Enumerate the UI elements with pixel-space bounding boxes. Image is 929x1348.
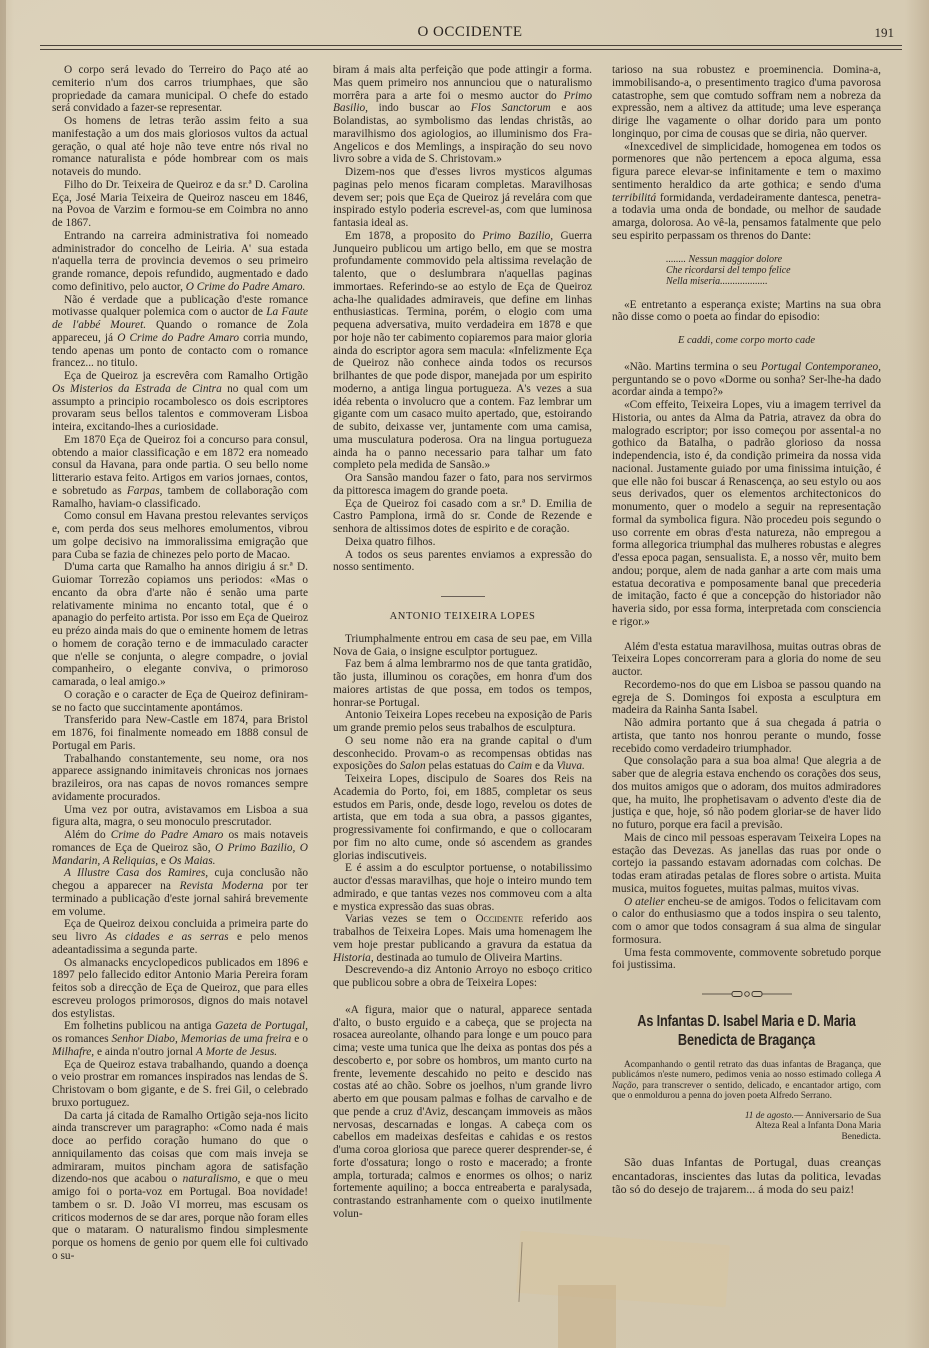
paragraph: Dizem-nos que d'esses livros mysticos al…	[333, 166, 592, 230]
paragraph: A Illustre Casa dos Ramires, cuja conclu…	[52, 867, 308, 918]
paragraph: Eça de Queiroz foi casado com a sr.ª D. …	[333, 498, 592, 536]
book-title: O Crime do Padre Amaro.	[186, 281, 306, 293]
intro-paragraph: Acompanhando o gentil retrato das duas i…	[612, 1060, 881, 1101]
book-title: O Crime do Padre Amaro	[117, 332, 239, 344]
book-title: Os Misterios da Estrada de Cintra	[52, 383, 222, 395]
paragraph: Ora Sansão mandou fazer o fato, para nos…	[333, 472, 592, 498]
paragraph: Além d'esta estatua maravilhosa, muitas …	[612, 641, 881, 679]
paragraph: O atelier encheu-se de amigos. Todos o f…	[612, 896, 881, 947]
paragraph: Não é verdade que a publicação d'este ro…	[52, 294, 308, 371]
verse-quote-single: E caddi, come corpo morto cade	[612, 335, 881, 348]
paragraph: Além do Crime do Padre Amaro os mais not…	[52, 829, 308, 867]
paragraph: Não admira portanto que á sua chegada á …	[612, 717, 881, 755]
paragraph: «Não. Martins termina o seu Portugal Con…	[612, 361, 881, 399]
header-rule-thin	[40, 45, 902, 46]
paragraph: «E entretanto a esperança existe; Martin…	[612, 299, 881, 325]
paragraph: Deixa quatro filhos.	[333, 536, 592, 549]
quoted-paragraph: «A figura, maior que o natural, apparece…	[333, 1004, 592, 1221]
paragraph: Mais de cinco mil pessoas esperavam Teix…	[612, 832, 881, 896]
paragraph: Os almanacks encyclopedicos publicados e…	[52, 957, 308, 1021]
section-divider	[441, 596, 485, 597]
newspaper-title: O OCCIDENTE	[40, 24, 900, 41]
paragraph: Em folhetins publicou na antiga Gazeta d…	[52, 1020, 308, 1058]
book-title: Farpas,	[127, 485, 163, 497]
paragraph: «Com effeito, Teixeira Lopes, viu a imag…	[612, 399, 881, 629]
paper-stain	[558, 1285, 616, 1348]
page-number: 191	[875, 25, 895, 41]
paragraph: Em 1878, a proposito do Primo Bazilio, G…	[333, 230, 592, 472]
paragraph: Como consul em Havana prestou relevantes…	[52, 510, 308, 561]
paragraph: Uma vez por outra, avistavamos em Lisboa…	[52, 804, 308, 830]
paragraph: tarioso na sua robustez e proeminencia. …	[612, 64, 881, 141]
paragraph: Entrando na carreira administrativa foi …	[52, 230, 308, 294]
dateline: 11 de agosto.— Anniversario de Sua Altez…	[612, 1111, 881, 1142]
paragraph: Descrevendo-a diz Antonio Arroyo no esbo…	[333, 964, 592, 990]
paragraph: Antonio Teixeira Lopes recebeu na exposi…	[333, 709, 592, 735]
paragraph: Faz bem á alma lembrarmo nos de que tant…	[333, 658, 592, 709]
ornament-divider-icon	[702, 990, 792, 998]
paragraph: Uma festa commovente, commovente sobretu…	[612, 947, 881, 973]
column-2: biram á mais alta perfeição que pode att…	[333, 64, 592, 1221]
article-heading-infantas: As Infantas D. Isabel Maria e D. Maria B…	[617, 1012, 877, 1050]
paragraph: Teixeira Lopes, discipulo de Soares dos …	[333, 773, 592, 862]
paragraph: Eça de Queiroz estava trabalhando, quand…	[52, 1059, 308, 1110]
paragraph: O seu nome não era na grande capital o d…	[333, 735, 592, 773]
paper-stain	[516, 1231, 730, 1307]
paragraph: «Inexcedivel de simplicidade, homogenea …	[612, 141, 881, 243]
paragraph: Eça de Queiroz ja escrevêra com Ramalho …	[52, 370, 308, 434]
paragraph: Transferido para New-Castle em 1874, par…	[52, 714, 308, 752]
column-1: O corpo será levado do Terreiro do Paço …	[52, 64, 308, 1263]
paragraph: biram á mais alta perfeição que pode att…	[333, 64, 592, 166]
paragraph: Os homens de letras terão assim feito a …	[52, 115, 308, 179]
paragraph: A todos os seus parentes enviamos a expr…	[333, 549, 592, 575]
section-heading-teixeira-lopes: ANTONIO TEIXEIRA LOPES	[333, 611, 592, 624]
paragraph: E é assim a do esculptor portuense, o no…	[333, 862, 592, 913]
paragraph: Trabalhando constantemente, seu nome, or…	[52, 753, 308, 804]
paragraph: Da carta já citada de Ramalho Ortigão se…	[52, 1110, 308, 1263]
paragraph: D'uma carta que Ramalho ha annos dirigiu…	[52, 561, 308, 689]
paragraph: Triumphalmente entrou em casa de seu pae…	[333, 633, 592, 659]
column-3: tarioso na sua robustez e proeminencia. …	[612, 64, 881, 1197]
paragraph: O coração e o caracter de Eça de Queiroz…	[52, 689, 308, 715]
paragraph: Recordemo-nos do que em Lisboa se passou…	[612, 679, 881, 717]
paragraph: São duas Infantas de Portugal, duas crea…	[612, 1156, 881, 1197]
paragraph: O corpo será levado do Terreiro do Paço …	[52, 64, 308, 115]
publication-name: Occidente	[475, 913, 523, 925]
paragraph: Varias vezes se tem o Occidente referido…	[333, 913, 592, 964]
header-rule-thick	[40, 49, 902, 50]
paragraph: Em 1870 Eça de Queiroz foi a concurso pa…	[52, 434, 308, 511]
verse-quote-dante: ........ Nessun maggior dolore Che ricor…	[666, 254, 881, 287]
paragraph: Que consolação para a sua boa alma! Que …	[612, 755, 881, 832]
paragraph: Filho do Dr. Teixeira de Queiroz e da sr…	[52, 179, 308, 230]
page-edge-shadow	[0, 0, 6, 1348]
paragraph: Eça de Queiroz deixou concluida a primei…	[52, 918, 308, 956]
